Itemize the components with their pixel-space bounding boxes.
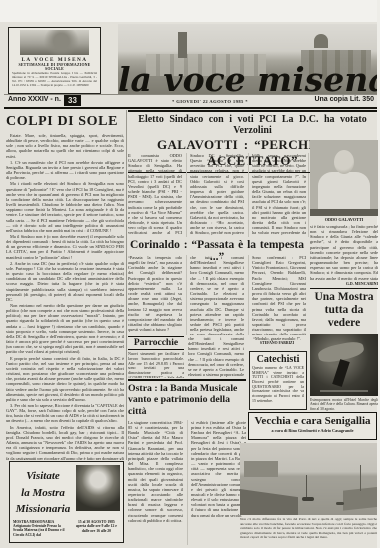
harbor-photo [240, 443, 377, 515]
mission-title-line: Missionaria [13, 501, 73, 518]
main-article-col1: Il comunista ODDO GALAVOTTI è stato elet… [128, 153, 182, 237]
editorial-colpi-di-sole: COLPI DI SOLE Estate. Mare, sole, tintar… [6, 112, 124, 460]
main-article-columns: Il comunista ODDO GALAVOTTI è stato elet… [128, 153, 306, 237]
right-rail: ODDO GALAVOTTI si è fatto scongiurarla ;… [310, 140, 378, 411]
masthead-box-subtitle: SETTIMANALE DI INFORMAZIONE SOCIALE [12, 63, 97, 71]
issue-top-rule [4, 94, 377, 95]
corinaldo-col1: “Passata la tempesta odo augelli far fes… [128, 255, 182, 335]
corinaldo-col2: che tutti i comuni dell'Hinterland Senig… [186, 255, 244, 335]
editorial-paragraph: E proprio perché siamo convinti che di f… [6, 356, 124, 402]
issue-date: * GIOVEDI' 22 AGOSTO 1985 * [120, 99, 300, 104]
mission-title-line: Visitate [13, 468, 73, 485]
corinaldo-ending: “Modulo, grazie modulo !”. STEFANO FABRI… [248, 336, 306, 350]
scan-margin-top [0, 0, 380, 22]
mission-title-line: la Mostra [13, 485, 73, 502]
corinaldo-col3: Sono confermati : PCI Consiglieri Ezio G… [248, 255, 306, 335]
harbor-mast [306, 475, 307, 497]
harbor-pier [240, 489, 298, 515]
ostra-col2: si esibirà (insieme alle glorie prima è … [187, 420, 246, 545]
mostra-headline: Una Mostra tutta da vedere [310, 288, 378, 331]
mostra-headline-line: Una Mostra [310, 291, 378, 304]
ostra-headline: Ostra : la Banda Musicale vanto e patrim… [128, 383, 246, 417]
main-article-kicker: Eletto Sindaco con i voti PCI La D.C. ha… [128, 114, 377, 136]
main-article-col2: Sindaco DC a Senigallia. Questo “pericol… [186, 153, 244, 237]
mission-ad-photo [76, 465, 120, 511]
catechisti-box: Catechisti Questo numero de “LA VOCE MIS… [249, 351, 307, 410]
masthead-box-details: Spedizione in Abbonamento Postale Gruppo… [12, 72, 97, 87]
editorial-paragraph: 1. C'è un manifesto che il PCI non avreb… [6, 160, 124, 181]
main-article-col3: Idilli, senza nascondermi dietro non son… [248, 153, 306, 237]
mostra-photo [310, 334, 378, 396]
editorial-paragraph: 2. Anche in casa DC (ma in periferia) c'… [6, 261, 124, 302]
editorial-body: Estate. Mare, sole, tintarella, spiaggia… [6, 133, 124, 460]
editorial-paragraph: Ma i ritardi nelle elezioni del Sindaco … [6, 181, 124, 233]
main-article-rail-text: si è fatto scongiurarla ; ha finito perc… [310, 224, 378, 282]
corinaldo-continuation: che tutti i comuni dell'Hinterland Senig… [188, 336, 244, 378]
editorial-paragraph: Non entriamo nel merito della questione … [6, 303, 124, 355]
editorial-paragraph: 3. Per chi non lo sapesse, Riccione è di… [6, 403, 124, 424]
vecchia-title: Vecchia e cara Senigallia [249, 415, 376, 427]
masthead-thumbnail-photo [20, 30, 89, 55]
column-divider-left [126, 110, 127, 460]
editorial-title: COLPI DI SOLE [6, 114, 124, 130]
issue-year-label: Anno XXXIV - n. [8, 96, 61, 103]
mostra-missionaria-ad: Visitate la Mostra Missionaria MOSTRA MI… [9, 461, 124, 543]
mostra-caption: Estemporanea mostra all'Hotel Marche deg… [310, 398, 378, 411]
vecchia-senigallia-box: Vecchia e cara Senigallia a cura di Rino… [248, 412, 377, 440]
parrocchie-section: Parrocchie Nuovi strumenti per facilitar… [128, 336, 184, 378]
issue-number-badge: 33 [64, 95, 81, 106]
masthead-banner-photo: la voce misena [118, 24, 377, 95]
catechisti-title: Catechisti [252, 354, 304, 365]
header-rule [4, 107, 377, 109]
mostra-headline-line: tutta da vedere [310, 304, 378, 330]
galavotti-photo-shirt [318, 172, 370, 210]
mission-details-left: MOSTRA MISSIONARIA Artigianato Orientale… [13, 520, 70, 538]
corinaldo-signature: STEFANO FABRIZI [248, 341, 306, 345]
masthead-info-box: LA VOCE MISENA SETTIMANALE DI INFORMAZIO… [8, 27, 101, 94]
banner-tower [178, 32, 187, 58]
galavotti-photo [310, 140, 378, 216]
ostra-section: Ostra : la Banda Musicale vanto e patrim… [128, 379, 246, 545]
parrocchie-text: Nuovi strumenti per facilitare il lavoro… [128, 352, 184, 378]
galavotti-photo-face [334, 150, 354, 174]
harbor-photo-caption: Non c'è molta differenza fra la vita del… [240, 517, 377, 540]
vecchia-byline: a cura di Rino Girolmetti e Adrio Casagr… [249, 428, 376, 433]
editorial-paragraph: Ma il Sindaco non è (o non dovrebbe esse… [6, 234, 124, 260]
newspaper-title: la voce misena [118, 60, 375, 95]
mission-details-right: 15 al 30 AGOSTO 1985 aperta dalle ore 9 … [73, 520, 120, 538]
corinaldo-columns: “Passata la tempesta odo augelli far fes… [128, 255, 306, 335]
mission-ad-title: Visitate la Mostra Missionaria [13, 465, 73, 518]
main-article-rail-signature: G.D. MENCARINI [310, 282, 378, 286]
banner-dome [314, 34, 328, 48]
harbor-mast [360, 465, 361, 491]
editorial-paragraph: In America, infatti, sotto l'effetto del… [6, 425, 124, 460]
parrocchie-title: Parrocchie [128, 336, 184, 350]
editorial-paragraph: Estate. Mare, sole, tintarella, spiaggia… [6, 133, 124, 159]
mission-ad-top: Visitate la Mostra Missionaria [13, 465, 120, 518]
ostra-col1: La stagione concertistica 1984-85 si è c… [128, 420, 183, 545]
galavotti-photo-table [310, 209, 378, 216]
ostra-columns: La stagione concertistica 1984-85 si è c… [128, 420, 246, 545]
harbor-buildings [244, 461, 278, 477]
catechisti-text: Questo numero de “LA VOCE MISENA” viene … [252, 366, 304, 404]
harbor-boat [336, 502, 344, 505]
mission-ad-details: MOSTRA MISSIONARIA Artigianato Orientale… [13, 520, 120, 538]
harbor-boat [302, 497, 314, 501]
mostra-photo-text-line [320, 390, 368, 392]
galavotti-photo-caption: ODDO GALAVOTTI [310, 217, 378, 222]
mostra-photo-artwork-dark [332, 359, 350, 387]
newspaper-front-page: LA VOCE MISENA SETTIMANALE DI INFORMAZIO… [0, 0, 380, 548]
issue-price: Una copia Lit. 350 [314, 96, 374, 103]
